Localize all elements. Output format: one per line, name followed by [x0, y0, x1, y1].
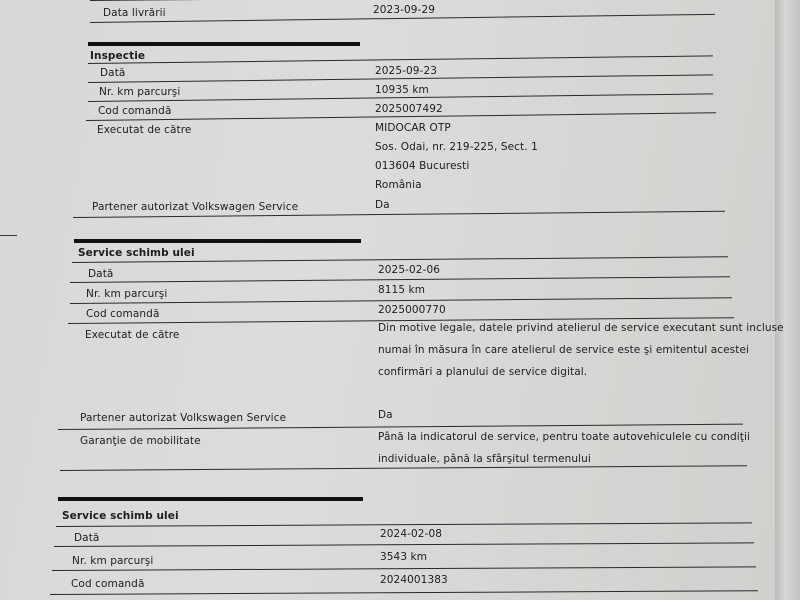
oil1-partner-label: Partener autorizat Volkswagen Service	[80, 412, 286, 424]
oil1-executed-line: confirmări a planului de service digital…	[378, 366, 587, 378]
inspection-km-value: 10935 km	[375, 84, 429, 96]
inspection-executed-line: MIDOCAR OTP	[375, 122, 451, 134]
inspection-title: Inspectie	[90, 50, 145, 62]
oil1-executed-line: Din motive legale, datele privind atelie…	[378, 322, 784, 334]
inspection-executed-line: 013604 Bucuresti	[375, 160, 469, 172]
oil2-km-value: 3543 km	[380, 551, 427, 563]
inspection-executed-line: România	[375, 179, 422, 191]
oil1-partner-value: Da	[378, 409, 393, 421]
margin-mark	[0, 235, 17, 236]
inspection-executed-line: Sos. Odai, nr. 219-225, Sect. 1	[375, 141, 538, 153]
oil1-date-value: 2025-02-06	[378, 264, 440, 276]
oil1-mobility-line: individuale, până la sfârşitul termenulu…	[378, 453, 591, 465]
section-bar	[58, 497, 363, 501]
oil1-date-label: Dată	[88, 268, 113, 280]
oil1-mobility-label: Garanţie de mobilitate	[80, 435, 201, 447]
oil1-mobility-line: Până la indicatorul de service, pentru t…	[378, 431, 750, 443]
inspection-order-label: Cod comandă	[98, 105, 171, 117]
oil1-executed-line: numai în măsura în care atelierul de ser…	[378, 344, 749, 356]
section-bar	[88, 42, 360, 46]
oil1-km-value: 8115 km	[378, 284, 425, 296]
delivery-label: Data livrării	[103, 7, 166, 19]
inspection-date-label: Dată	[100, 67, 125, 79]
oil2-order-label: Cod comandă	[71, 578, 144, 590]
inspection-date-value: 2025-09-23	[375, 65, 437, 77]
oil1-order-value: 2025000770	[378, 304, 446, 316]
delivery-value: 2023-09-29	[373, 4, 435, 16]
oil2-km-label: Nr. km parcurşi	[72, 555, 153, 567]
oil1-km-label: Nr. km parcurşi	[86, 288, 167, 300]
inspection-partner-value: Da	[375, 199, 390, 211]
oil1-executed-label: Executat de către	[85, 329, 179, 341]
section-bar	[74, 239, 361, 243]
inspection-km-label: Nr. km parcurşi	[99, 86, 180, 98]
inspection-executed-label: Executat de către	[97, 124, 191, 136]
oil-service-2-title: Service schimb ulei	[62, 510, 179, 522]
page-edge	[775, 0, 800, 600]
oil2-date-value: 2024-02-08	[380, 528, 442, 540]
oil2-order-value: 2024001383	[380, 574, 448, 586]
oil-service-1-title: Service schimb ulei	[78, 247, 195, 259]
oil2-date-label: Dată	[74, 532, 99, 544]
inspection-partner-label: Partener autorizat Volkswagen Service	[92, 201, 298, 213]
inspection-order-value: 2025007492	[375, 103, 443, 115]
oil1-order-label: Cod comandă	[86, 308, 159, 320]
